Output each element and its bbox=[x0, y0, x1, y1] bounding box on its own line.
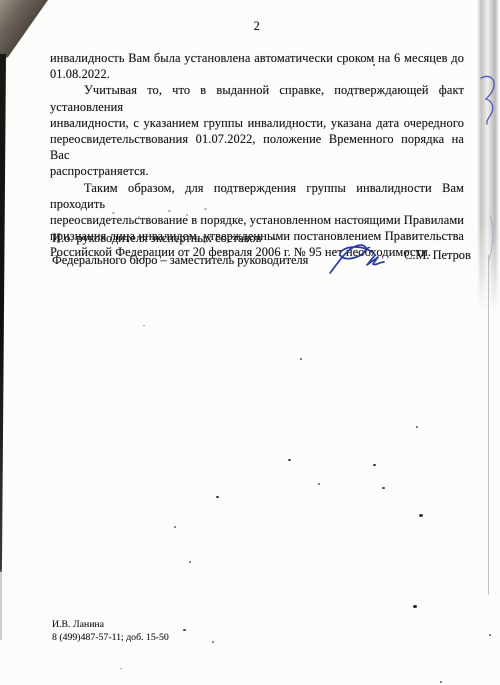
signature-role-line-1: И.о. руководителя экспертных составов~ bbox=[52, 228, 362, 250]
text-line: инвалидности, с указанием группы инвалид… bbox=[50, 115, 464, 131]
scan-speck bbox=[143, 325, 145, 326]
signature-block: И.о. руководителя экспертных составов~ Ф… bbox=[52, 228, 362, 270]
scan-speck bbox=[382, 487, 385, 489]
scan-speck bbox=[373, 464, 376, 466]
scan-speck bbox=[489, 634, 491, 636]
text-line: распространяется. bbox=[50, 163, 464, 179]
text-line: Учитывая то, что в выданной справке, под… bbox=[50, 82, 464, 114]
text-line: 01.08.2022. bbox=[50, 66, 464, 82]
handwritten-tick-mark: ~ bbox=[271, 233, 277, 245]
scan-speck bbox=[204, 208, 207, 210]
scan-right-edge-line bbox=[488, 255, 489, 595]
scan-speck bbox=[416, 426, 418, 428]
executor-phone: 8 (499)487-57-11; доб. 15-50 bbox=[52, 631, 169, 644]
scan-left-edge-artifact bbox=[0, 54, 6, 572]
scan-speck bbox=[112, 212, 115, 214]
executor-footer: И.В. Ланина 8 (499)487-57-11; доб. 15-50 bbox=[52, 618, 169, 644]
text-line: инвалидность Вам была установлена автома… bbox=[50, 50, 464, 66]
signature-role-line-2: Федерального бюро – заместитель руководи… bbox=[52, 250, 362, 271]
executor-name: И.В. Ланина bbox=[52, 618, 169, 631]
scan-speck bbox=[189, 561, 191, 563]
scan-speck bbox=[413, 605, 417, 608]
text-line: Таким образом, для подтверждения группы … bbox=[50, 180, 464, 212]
scan-speck bbox=[373, 64, 375, 66]
scan-speck bbox=[440, 681, 442, 683]
scan-speck bbox=[212, 641, 214, 643]
paragraph: Учитывая то, что в выданной справке, под… bbox=[50, 82, 464, 179]
scan-left-edge-faint-line bbox=[0, 570, 2, 640]
scan-speck bbox=[168, 210, 171, 212]
scan-speck bbox=[419, 514, 423, 517]
scan-speck bbox=[148, 221, 150, 223]
scan-speck bbox=[300, 358, 302, 360]
scan-speck bbox=[183, 629, 186, 631]
scan-speck bbox=[174, 526, 176, 528]
scan-speck bbox=[318, 483, 320, 485]
page-number: 2 bbox=[0, 19, 500, 34]
scan-speck bbox=[288, 459, 291, 461]
paragraph: инвалидность Вам была установлена автома… bbox=[50, 50, 464, 82]
signer-name: С.М. Петров bbox=[404, 248, 471, 263]
handwritten-signature bbox=[320, 238, 392, 282]
text-line: переосвидетельствования 01.07.2022, поло… bbox=[50, 131, 464, 163]
pen-mark-right-edge bbox=[473, 68, 500, 268]
scan-speck bbox=[186, 214, 188, 216]
scan-speck bbox=[216, 496, 219, 498]
scan-speck bbox=[138, 216, 140, 218]
scan-speck bbox=[120, 668, 122, 669]
text-line: переосвидетельствование в порядке, устан… bbox=[50, 212, 464, 228]
